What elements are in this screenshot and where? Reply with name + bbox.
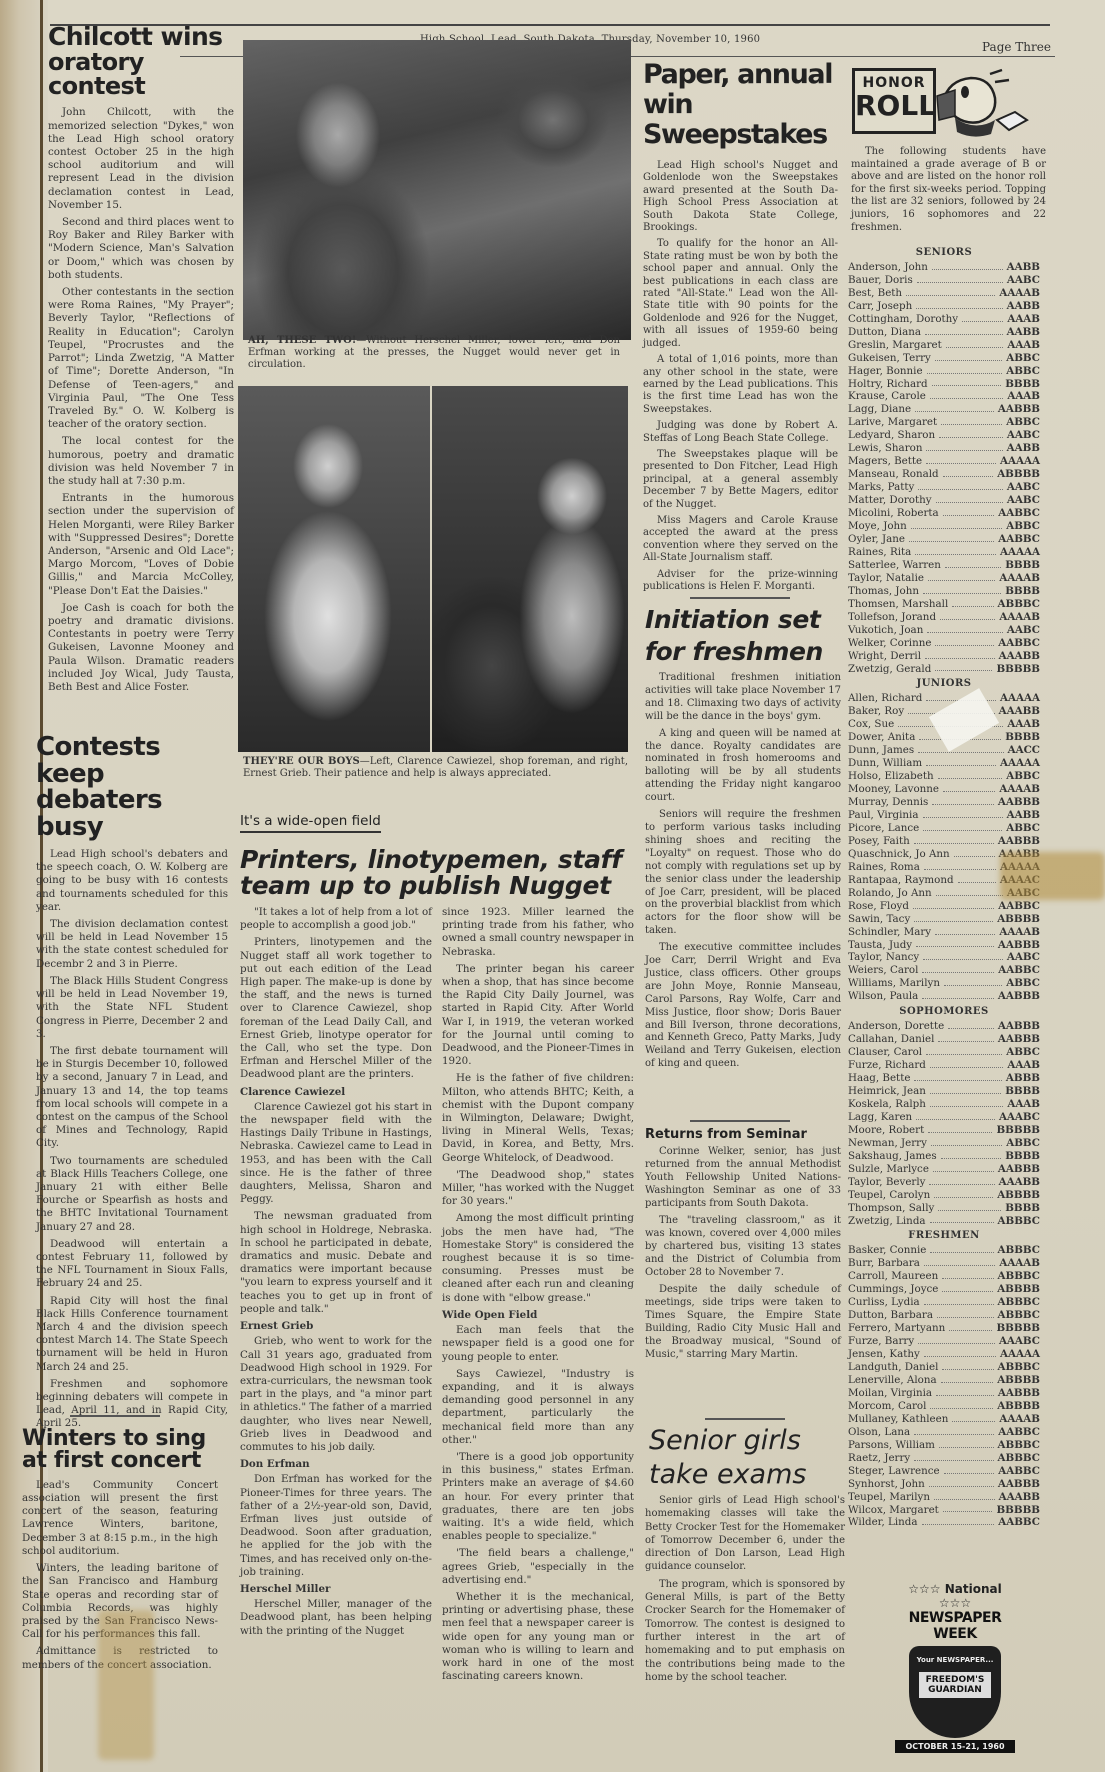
leader-dots <box>942 1283 993 1292</box>
article-chilcott: Chilcott wins oratory contest John Chilc… <box>48 24 234 698</box>
article-column-2: since 1923. Miller learned the printing … <box>442 906 634 1687</box>
student-name: Clauser, Carol <box>848 1046 922 1059</box>
student-grades: ABBC <box>1006 365 1040 378</box>
honor-roll-entry: Rose, FloydAABBC <box>848 900 1040 913</box>
leader-dots <box>926 757 996 766</box>
paragraph: 'There is a good job opportunity in this… <box>442 1451 634 1543</box>
paragraph: Other contestants in the section were Ro… <box>48 286 234 431</box>
student-grades: AABC <box>1007 481 1040 494</box>
student-name: Olson, Lana <box>848 1426 910 1439</box>
class-section-title: JUNIORS <box>848 678 1040 691</box>
divider <box>70 1415 160 1417</box>
page-number: Page Three <box>982 40 1051 54</box>
student-grades: AAAB <box>1007 390 1040 403</box>
leader-dots <box>949 1322 992 1331</box>
honor-roll-entry: Wilder, LindaAABBC <box>848 1516 1040 1529</box>
leader-dots <box>935 663 992 672</box>
student-name: Newman, Jerry <box>848 1137 927 1150</box>
leader-dots <box>923 585 1001 594</box>
leader-dots <box>943 1504 993 1513</box>
leader-dots <box>935 926 995 935</box>
leader-dots <box>928 1124 992 1133</box>
student-name: Murray, Dennis <box>848 796 928 809</box>
leader-dots <box>918 481 1003 490</box>
honor-roll-entry: Carr, JosephAABB <box>848 300 1040 313</box>
honor-roll-entry: Zwetzig, LindaABBBC <box>848 1215 1040 1228</box>
student-grades: ABBC <box>1006 977 1040 990</box>
student-name: Callahan, Daniel <box>848 1033 934 1046</box>
leader-dots <box>914 1452 993 1461</box>
headline: Returns from Seminar <box>645 1128 841 1141</box>
honor-roll-entry: Paul, VirginiaAABB <box>848 809 1040 822</box>
student-grades: AABBB <box>998 796 1040 809</box>
student-name: Dutton, Barbara <box>848 1309 933 1322</box>
honor-roll-entry: Thompson, SallyBBBB <box>848 1202 1040 1215</box>
student-name: Dunn, William <box>848 757 922 770</box>
student-grades: AAAAB <box>999 287 1040 300</box>
honor-roll-entry: Anderson, DoretteAABBB <box>848 1020 1040 1033</box>
student-grades: AAABB <box>999 705 1040 718</box>
student-grades: AAAAB <box>999 1413 1040 1426</box>
leader-dots <box>930 1244 993 1253</box>
student-grades: AABB <box>1007 809 1040 822</box>
honor-roll-entry: Steger, LawrenceAABBC <box>848 1465 1040 1478</box>
student-grades: AAAAB <box>999 1257 1040 1270</box>
student-grades: AABBC <box>998 964 1040 977</box>
honor-roll-entry: Curliss, LydiaABBBC <box>848 1296 1040 1309</box>
paragraph: Joe Cash is coach for both the poetry an… <box>48 602 234 694</box>
student-grades: ABBBB <box>997 1189 1040 1202</box>
student-name: Cummings, Joyce <box>848 1283 938 1296</box>
honor-roll-entry: Cottingham, DorothyAAAB <box>848 313 1040 326</box>
honor-roll-entry: Oyler, JaneAABBC <box>848 533 1040 546</box>
student-grades: AABBC <box>998 1516 1040 1529</box>
article-initiation: Initiation set for freshmen Traditional … <box>645 604 841 1075</box>
headline: Senior girls take exams <box>645 1424 845 1492</box>
honor-roll-entry: Holtry, RichardBBBB <box>848 378 1040 391</box>
student-grades: AABC <box>1007 951 1040 964</box>
student-name: Wilson, Paula <box>848 990 918 1003</box>
photo-printers-at-press <box>243 40 631 340</box>
student-grades: ABBC <box>1006 520 1040 533</box>
leader-dots <box>926 442 1002 451</box>
paragraph: To qualify for the honor an All-State ra… <box>643 238 838 350</box>
student-grades: ABBBB <box>997 1400 1040 1413</box>
student-grades: AAAAB <box>999 572 1040 585</box>
paragraph: Lead High school's Nugget and Goldenlode… <box>643 160 838 234</box>
shield-icon: Your NEWSPAPER... FREEDOM'S GUARDIAN <box>909 1646 1001 1738</box>
student-name: Rantapaa, Raymond <box>848 874 954 887</box>
student-grades: AABBB <box>998 1163 1040 1176</box>
student-name: Synhorst, John <box>848 1478 925 1491</box>
student-name: Anderson, John <box>848 261 928 274</box>
student-name: Zwetzig, Gerald <box>848 663 931 676</box>
student-grades: AABC <box>1007 624 1040 637</box>
honor-roll-entry: Dunn, JamesAACC <box>848 744 1040 757</box>
student-name: Sakshaug, James <box>848 1150 937 1163</box>
paragraph: The division declamation contest will be… <box>36 918 228 971</box>
honor-roll-entry: Mullaney, KathleenAAAAB <box>848 1413 1040 1426</box>
honor-roll-entry: Matter, DorothyAABC <box>848 494 1040 507</box>
leader-dots <box>929 1176 994 1185</box>
article-debaters: Contests keep debaters busy Lead High sc… <box>36 734 228 1435</box>
honor-roll-logo: HONOR ROLL <box>852 68 936 134</box>
paragraph: Deadwood will entertain a contest Februa… <box>36 1238 228 1291</box>
honor-roll-entry: Olson, LanaAABBC <box>848 1426 1040 1439</box>
leader-dots <box>930 1400 993 1409</box>
leader-dots <box>938 770 1003 779</box>
honor-roll-entry: Holso, ElizabethABBC <box>848 770 1040 783</box>
article-body: Corinne Welker, senior, has just returne… <box>645 1145 841 1361</box>
paragraph: since 1923. Miller learned the printing … <box>442 906 634 959</box>
student-name: Cox, Sue <box>848 718 894 731</box>
student-grades: BBBBB <box>996 1322 1040 1335</box>
honor-roll-entry: Basker, ConnieABBBC <box>848 1244 1040 1257</box>
honor-roll-entry: Sawin, TacyABBBB <box>848 913 1040 926</box>
leader-dots <box>916 300 1002 309</box>
student-grades: AAAAB <box>999 783 1040 796</box>
student-grades: BBBBB <box>996 1504 1040 1517</box>
leader-dots <box>925 326 1003 335</box>
student-grades: ABBBC <box>998 1244 1041 1257</box>
student-name: Haag, Bette <box>848 1072 910 1085</box>
student-grades: ABBBC <box>998 1215 1041 1228</box>
leader-dots <box>934 1491 995 1500</box>
headline: Chilcott wins oratory contest <box>48 24 234 98</box>
student-name: Taylor, Nancy <box>848 951 919 964</box>
paragraph: Miss Magers and Carole Krause accepted t… <box>643 515 838 565</box>
student-grades: AAAB <box>1007 1098 1040 1111</box>
student-grades: ABBC <box>1006 1046 1040 1059</box>
paragraph: The printer began his career when a shop… <box>442 963 634 1069</box>
student-name: Koskela, Ralph <box>848 1098 926 1111</box>
honor-roll-intro: The following students have maintained a… <box>851 146 1046 238</box>
paragraph: A total of 1,016 points, more than any o… <box>643 354 838 416</box>
honor-roll-entry: Greslin, MargaretAAAB <box>848 339 1040 352</box>
leader-dots <box>930 1215 994 1224</box>
honor-roll-entry: Ledyard, SharonAABC <box>848 429 1040 442</box>
leader-dots <box>944 1465 995 1474</box>
student-grades: AABBB <box>998 990 1040 1003</box>
leader-dots <box>931 1137 1002 1146</box>
student-name: Lagg, Diane <box>848 403 911 416</box>
article-seminar: Returns from Seminar Corinne Welker, sen… <box>645 1128 841 1365</box>
student-name: Oyler, Jane <box>848 533 905 546</box>
honor-roll-entry: Lagg, KarenAAABC <box>848 1111 1040 1124</box>
student-name: Teupel, Marilyn <box>848 1491 930 1504</box>
leader-dots <box>922 990 994 999</box>
photo-clarence-cawiezel <box>238 386 430 752</box>
honor-roll-entry: Gukeisen, TerryABBC <box>848 352 1040 365</box>
leader-dots <box>937 1309 994 1318</box>
student-grades: AAAAA <box>1000 546 1040 559</box>
honor-roll-entry: Anderson, JohnAABB <box>848 261 1040 274</box>
subheading: Ernest Grieb <box>240 1320 432 1333</box>
student-name: Moore, Robert <box>848 1124 924 1137</box>
student-name: Bauer, Doris <box>848 274 913 287</box>
leader-dots <box>942 1270 993 1279</box>
student-grades: AABB <box>1007 261 1040 274</box>
headline: Printers, linotypemen, staff team up to … <box>240 847 634 898</box>
student-name: Mullaney, Kathleen <box>848 1413 948 1426</box>
leader-dots <box>941 416 1002 425</box>
honor-roll-entry: Wilcox, MargaretBBBBB <box>848 1504 1040 1517</box>
paragraph: Don Erfman has worked for the Pioneer-Ti… <box>240 1473 432 1579</box>
leader-dots <box>935 352 1002 361</box>
student-grades: AABB <box>1007 326 1040 339</box>
honor-roll-entry: Cummings, JoyceABBBB <box>848 1283 1040 1296</box>
class-section-title: SENIORS <box>848 247 1040 260</box>
student-grades: AABC <box>1007 429 1040 442</box>
student-name: Raines, Rita <box>848 546 911 559</box>
honor-roll-entry: Vukotich, JoanAABC <box>848 624 1040 637</box>
student-name: Teupel, Carolyn <box>848 1189 930 1202</box>
student-name: Best, Beth <box>848 287 902 300</box>
honor-roll-entry: Wilson, PaulaAABBB <box>848 990 1040 1003</box>
student-grades: AAAB <box>1007 313 1040 326</box>
honor-roll-entry: Schindler, MaryAAAAB <box>848 926 1040 939</box>
student-name: Rose, Floyd <box>848 900 909 913</box>
student-grades: AABB <box>1007 442 1040 455</box>
paragraph: Each man feels that the newspaper field … <box>442 1324 634 1364</box>
honor-roll-entry: Micolini, RobertaAABBC <box>848 507 1040 520</box>
leader-dots <box>916 1111 995 1120</box>
leader-dots <box>939 1439 994 1448</box>
student-name: Vukotich, Joan <box>848 624 923 637</box>
paragraph: Lead's Community Concert association wil… <box>22 1479 218 1558</box>
honor-roll-entry: Furze, BarryAAABC <box>848 1335 1040 1348</box>
student-grades: AAAAA <box>1000 455 1040 468</box>
leader-dots <box>936 494 1003 503</box>
student-grades: ABBBC <box>998 1270 1041 1283</box>
student-name: Wilcox, Margaret <box>848 1504 939 1517</box>
water-stain <box>98 1610 154 1760</box>
student-grades: AAABC <box>999 1335 1040 1348</box>
student-grades: ABBBC <box>998 1296 1041 1309</box>
student-name: Dunn, James <box>848 744 914 757</box>
honor-roll-entry: Sulzle, MarlyceAABBB <box>848 1163 1040 1176</box>
student-grades: AABC <box>1007 274 1040 287</box>
leader-dots <box>914 1426 994 1435</box>
student-grades: ABBC <box>1006 352 1040 365</box>
paragraph: Despite the daily schedule of meetings, … <box>645 1283 841 1361</box>
honor-roll-entry: Marks, PattyAABC <box>848 481 1040 494</box>
paragraph: The program, which is sponsored by Gener… <box>645 1578 845 1684</box>
paragraph: Says Cawiezel, "Industry is expanding, a… <box>442 1368 634 1447</box>
paragraph: The local contest for the humorous, poet… <box>48 435 234 488</box>
student-name: Quaschnick, Jo Ann <box>848 848 950 861</box>
leader-dots <box>944 977 1002 986</box>
leader-dots <box>927 365 1003 374</box>
leader-dots <box>909 533 994 542</box>
student-name: Steger, Lawrence <box>848 1465 940 1478</box>
honor-roll-entry: Murray, DennisAABBB <box>848 796 1040 809</box>
honor-roll-entry: Haag, BetteABBB <box>848 1072 1040 1085</box>
divider <box>690 1120 790 1122</box>
student-grades: ABBC <box>1006 822 1040 835</box>
student-name: Lagg, Karen <box>848 1111 912 1124</box>
honor-roll-entry: Thomsen, MarshallABBBC <box>848 598 1040 611</box>
leader-dots <box>923 822 1002 831</box>
student-name: Moilan, Virginia <box>848 1387 932 1400</box>
honor-roll-entry: Dutton, BarbaraABBBC <box>848 1309 1040 1322</box>
leader-dots <box>923 951 1003 960</box>
article-printers: It's a wide-open field Printers, linotyp… <box>240 810 634 1687</box>
paragraph: Seniors will require the freshmen to per… <box>645 809 841 938</box>
honor-roll-entry: Carroll, MaureenABBBC <box>848 1270 1040 1283</box>
paragraph: He is the father of five children: Milto… <box>442 1072 634 1164</box>
leader-dots <box>954 848 995 857</box>
leader-dots <box>948 1020 994 1029</box>
honor-roll-entry: Magers, BetteAAAAA <box>848 455 1040 468</box>
national-newspaper-week-badge: ☆☆☆ National ☆☆☆ NEWSPAPER WEEK Your NEW… <box>895 1582 1015 1742</box>
student-name: Zwetzig, Linda <box>848 1215 926 1228</box>
honor-roll-entry: Allen, RichardAAAAA <box>848 692 1040 705</box>
student-grades: BBBB <box>1005 1085 1040 1098</box>
student-grades: AABBB <box>998 1033 1040 1046</box>
leader-dots <box>914 1072 1001 1081</box>
student-name: Dutton, Diana <box>848 326 921 339</box>
student-grades: ABBBC <box>998 598 1041 611</box>
leader-dots <box>924 861 996 870</box>
student-name: Krause, Carole <box>848 390 926 403</box>
leader-dots <box>943 507 995 516</box>
student-grades: AABBB <box>998 1387 1040 1400</box>
student-grades: AACC <box>1008 744 1040 757</box>
student-grades: AABB <box>1007 300 1040 313</box>
leader-dots <box>926 455 996 464</box>
student-name: Gukeisen, Terry <box>848 352 931 365</box>
student-grades: AABBC <box>998 900 1040 913</box>
class-section-title: FRESHMEN <box>848 1230 1040 1243</box>
student-name: Posey, Faith <box>848 835 910 848</box>
leader-dots <box>930 1059 1003 1068</box>
student-grades: AABC <box>1007 494 1040 507</box>
honor-roll-entry: Tausta, JudyAABBB <box>848 939 1040 952</box>
honor-roll-entry: Krause, CaroleAAAB <box>848 390 1040 403</box>
student-grades: AAAB <box>1007 1059 1040 1072</box>
student-name: Carroll, Maureen <box>848 1270 938 1283</box>
paragraph: Lead High school's debaters and the spee… <box>36 848 228 914</box>
paragraph: Traditional freshmen initiation activiti… <box>645 672 841 724</box>
honor-roll-entry: Raetz, JerryABBBC <box>848 1452 1040 1465</box>
honor-roll-entry: Moilan, VirginiaAABBB <box>848 1387 1040 1400</box>
honor-roll-entry: Dunn, WilliamAAAAA <box>848 757 1040 770</box>
article-body: Lead High school's debaters and the spee… <box>36 848 228 1431</box>
student-grades: AAAAB <box>999 926 1040 939</box>
article-body: Senior girls of Lead High school's homem… <box>645 1494 845 1684</box>
student-name: Basker, Connie <box>848 1244 926 1257</box>
paragraph: "It takes a lot of help from a lot of pe… <box>240 906 432 932</box>
student-name: Manseau, Ronald <box>848 468 939 481</box>
honor-roll-entry: Larive, MargaretABBC <box>848 416 1040 429</box>
leader-dots <box>924 1257 995 1266</box>
leader-dots <box>958 874 996 883</box>
student-cartoon-icon <box>935 62 1030 142</box>
paragraph: Among the most difficult printing jobs t… <box>442 1212 634 1304</box>
student-name: Thomas, John <box>848 585 919 598</box>
headline: Initiation set for freshmen <box>645 604 841 668</box>
photo-caption-bottom: THEY'RE OUR BOYS—Left, Clarence Cawiezel… <box>243 756 628 780</box>
student-name: Ledyard, Sharon <box>848 429 935 442</box>
student-name: Rolando, Jo Ann <box>848 887 932 900</box>
leader-dots <box>934 1189 993 1198</box>
honor-roll-entry: Taylor, BeverlyAAABB <box>848 1176 1040 1189</box>
paragraph: Grieb, who went to work for the Call 31 … <box>240 1335 432 1454</box>
leader-dots <box>962 313 1003 322</box>
student-name: Welker, Corinne <box>848 637 931 650</box>
paragraph: Judging was done by Robert A. Steffas of… <box>643 420 838 445</box>
honor-roll-entry: Williams, MarilynABBC <box>848 977 1040 990</box>
subheading: Herschel Miller <box>240 1583 432 1596</box>
paragraph: A king and queen will be named at the da… <box>645 728 841 805</box>
honor-roll-entry: Manseau, RonaldABBBB <box>848 468 1040 481</box>
student-name: Picore, Lance <box>848 822 919 835</box>
honor-roll-entry: Lenerville, AlonaABBBB <box>848 1374 1040 1387</box>
student-name: Lewis, Sharon <box>848 442 922 455</box>
student-grades: AAABB <box>999 1176 1040 1189</box>
headline: Contests keep debaters busy <box>36 734 228 840</box>
student-grades: BBBB <box>1005 1150 1040 1163</box>
student-grades: ABBBB <box>997 913 1040 926</box>
student-grades: BBBB <box>1005 559 1040 572</box>
student-name: Parsons, William <box>848 1439 935 1452</box>
student-grades: ABBBC <box>998 1309 1041 1322</box>
student-grades: BBBBB <box>996 663 1040 676</box>
student-grades: AABBB <box>998 1020 1040 1033</box>
student-grades: AAAAA <box>1000 1348 1040 1361</box>
student-name: Landguth, Daniel <box>848 1361 938 1374</box>
student-name: Tollefson, Jorand <box>848 611 936 624</box>
honor-roll-entry: Raines, RitaAAAAA <box>848 546 1040 559</box>
subheading: Wide Open Field <box>442 1309 634 1322</box>
honor-roll-entry: Teupel, MarilynAAABB <box>848 1491 1040 1504</box>
leader-dots <box>926 1046 1002 1055</box>
leader-dots <box>918 1335 995 1344</box>
student-name: Baker, Roy <box>848 705 904 718</box>
divider <box>705 1418 785 1420</box>
honor-roll-entry: Thomas, JohnBBBB <box>848 585 1040 598</box>
student-grades: AAAB <box>1007 718 1040 731</box>
student-name: Raines, Roma <box>848 861 920 874</box>
student-grades: ABBBC <box>998 1439 1041 1452</box>
student-grades: BBBB <box>1005 1202 1040 1215</box>
student-name: Wright, Derril <box>848 650 921 663</box>
student-name: Sawin, Tacy <box>848 913 910 926</box>
subheading: Clarence Cawiezel <box>240 1086 432 1099</box>
student-name: Tausta, Judy <box>848 939 912 952</box>
student-name: Matter, Dorothy <box>848 494 932 507</box>
student-grades: BBBB <box>1005 378 1040 391</box>
student-name: Curliss, Lydia <box>848 1296 920 1309</box>
paragraph: Printers, linotypemen and the Nugget sta… <box>240 936 432 1081</box>
honor-roll-entry: Satterlee, WarrenBBBB <box>848 559 1040 572</box>
honor-roll-entry: Dutton, DianaAABB <box>848 326 1040 339</box>
honor-roll-entry: Picore, LanceABBC <box>848 822 1040 835</box>
photo-caption-top: AH, THESE TWO!—Without Herschel Miller, … <box>248 335 620 371</box>
honor-roll-entry: Burr, BarbaraAAAAB <box>848 1257 1040 1270</box>
leader-dots <box>936 1387 994 1396</box>
student-name: Larive, Margaret <box>848 416 937 429</box>
student-grades: AAAAA <box>1000 757 1040 770</box>
honor-roll-entry: Lagg, DianeAABBB <box>848 403 1040 416</box>
leader-dots <box>925 650 995 659</box>
leader-dots <box>936 887 1003 896</box>
student-name: Burr, Barbara <box>848 1257 920 1270</box>
honor-roll-entry: Sakshaug, JamesBBBB <box>848 1150 1040 1163</box>
leader-dots <box>927 624 1003 633</box>
leader-dots <box>930 1085 1001 1094</box>
